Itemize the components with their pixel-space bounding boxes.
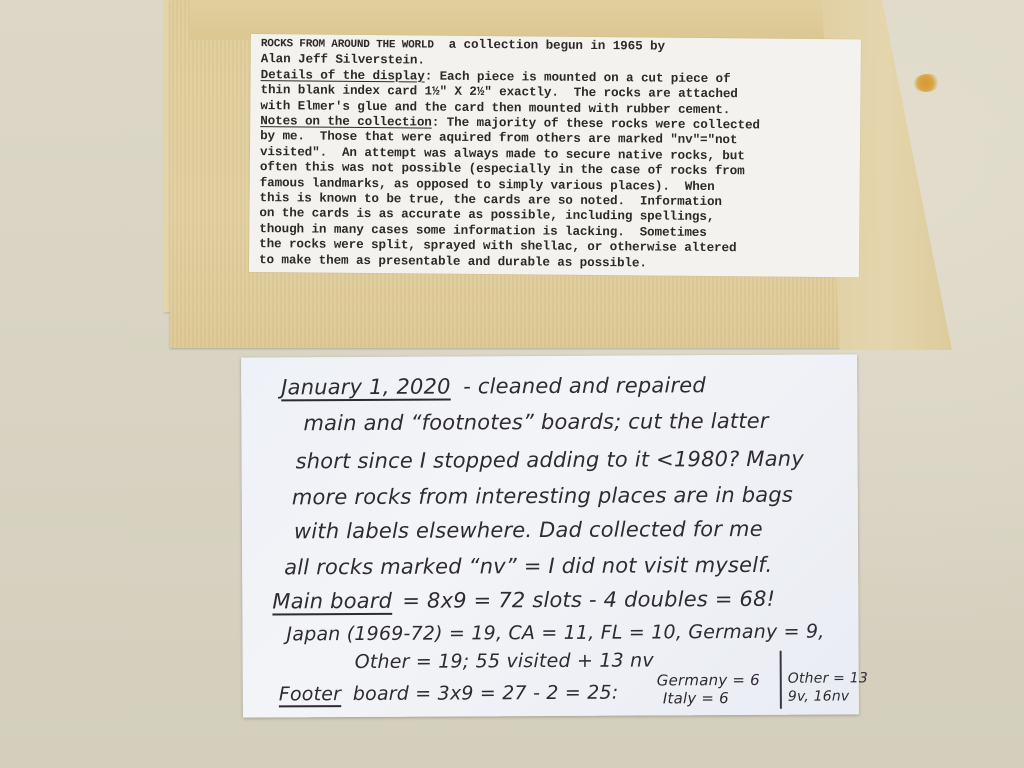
footer-germany: Germany = 6 [657,671,760,690]
footer-italy: Italy = 6 [663,689,729,707]
typed-text: a collection begun in 1965 by [434,38,665,54]
footer-other: Other = 13 [788,670,868,686]
section-heading-display: Details of the display [261,68,425,83]
handwritten-note: January 1, 2020 - cleaned and repaired m… [241,354,859,717]
typed-text: : Each piece is mounted on a cut piece o… [425,69,731,86]
main-board-calc: = 8x9 = 72 slots - 4 doubles = 68! [402,587,775,613]
footer-board-label: Footer [279,683,341,705]
typed-description-card: ROCKS FROM AROUND THE WORLD a collection… [249,34,861,277]
footer-divider [780,651,782,709]
main-board-breakdown: Other = 19; 55 visited + 13 nv [355,649,654,673]
typed-text: : The majority of these rocks were colle… [432,116,760,133]
note-line: - cleaned and repaired [463,373,706,398]
footer-board-calc: board = 3x9 = 27 - 2 = 25: [353,682,619,705]
footer-visit-count: 9v, 16nv [788,688,850,704]
collection-title: ROCKS FROM AROUND THE WORLD [261,38,434,52]
main-board-breakdown: Japan (1969-72) = 19, CA = 11, FL = 10, … [286,621,824,646]
note-date: January 1, 2020 [281,375,451,400]
note-line: more rocks from interesting places are i… [292,483,793,510]
section-heading-notes: Notes on the collection [260,114,432,129]
note-line: all rocks marked “nv” = I did not visit … [284,553,772,580]
note-line: short since I stopped adding to it <1980… [296,447,804,474]
note-line: with labels elsewhere. Dad collected for… [294,517,763,543]
note-line: main and “footnotes” boards; cut the lat… [303,409,768,435]
main-board-label: Main board [272,589,392,614]
